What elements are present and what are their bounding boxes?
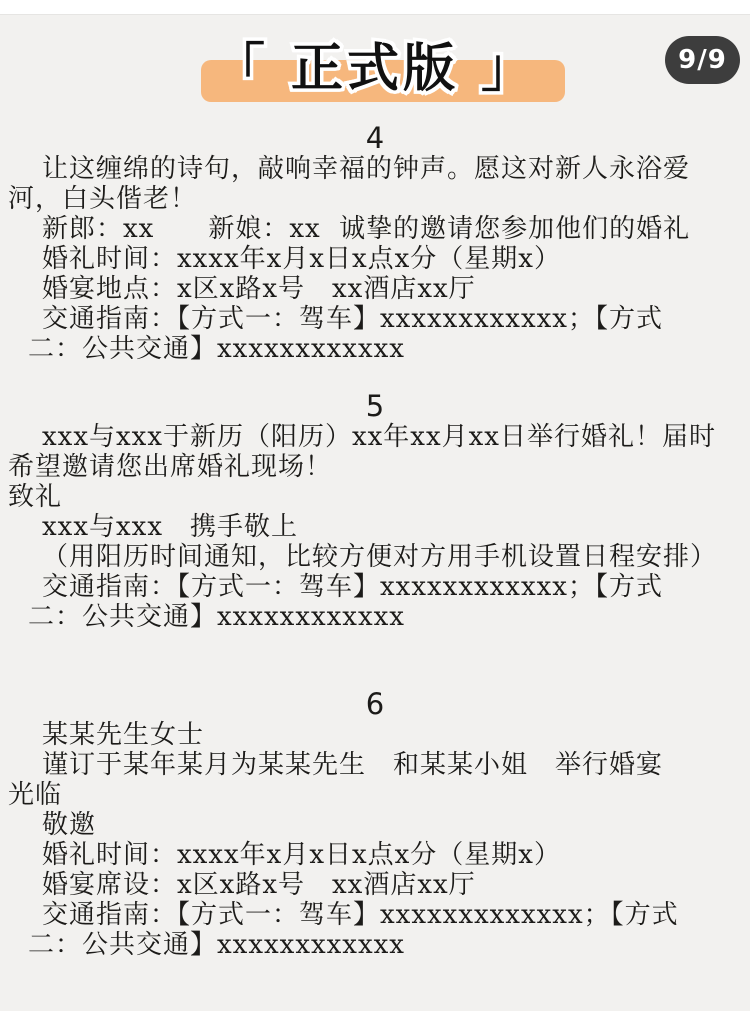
text-line: 二：公共交通】xxxxxxxxxxxx bbox=[0, 334, 750, 364]
page-counter-text: 9/9 bbox=[678, 45, 727, 75]
section-4: 4 让这缠绵的诗句，敲响幸福的钟声。愿这对新人永浴爱 河，白头偕老！ 新郎：xx… bbox=[0, 122, 750, 364]
section-number: 6 bbox=[0, 688, 750, 720]
top-white-strip bbox=[0, 0, 750, 15]
section-number: 4 bbox=[0, 122, 750, 154]
page-title: 「 正式版 」 bbox=[0, 26, 750, 101]
text-line: 河，白头偕老！ bbox=[0, 184, 750, 214]
header: 「 正式版 」 9/9 bbox=[0, 14, 750, 122]
text-line: xxx与xxx 携手敬上 bbox=[0, 512, 750, 542]
text-line: 致礼 bbox=[0, 482, 750, 512]
text-line: 交通指南：【方式一：驾车】xxxxxxxxxxxxx；【方式 bbox=[0, 900, 750, 930]
section-6: 6 某某先生女士 谨订于某年某月为某某先生 和某某小姐 举行婚宴 光临 敬邀 婚… bbox=[0, 688, 750, 960]
text-line: 婚宴席设：x区x路x号 xx酒店xx厅 bbox=[0, 870, 750, 900]
text-line: 谨订于某年某月为某某先生 和某某小姐 举行婚宴 bbox=[0, 750, 750, 780]
text-line: 交通指南：【方式一：驾车】xxxxxxxxxxxx；【方式 bbox=[0, 304, 750, 334]
text-line: 敬邀 bbox=[0, 810, 750, 840]
text-line: xxx与xxx于新历（阳历）xx年xx月xx日举行婚礼！届时 bbox=[0, 422, 750, 452]
section-number: 5 bbox=[0, 390, 750, 422]
text-line: 某某先生女士 bbox=[0, 720, 750, 750]
text-line: 让这缠绵的诗句，敲响幸福的钟声。愿这对新人永浴爱 bbox=[0, 154, 750, 184]
text-line: 二：公共交通】xxxxxxxxxxxx bbox=[0, 602, 750, 632]
text-line: 希望邀请您出席婚礼现场！ bbox=[0, 452, 750, 482]
text-line: 交通指南：【方式一：驾车】xxxxxxxxxxxx；【方式 bbox=[0, 572, 750, 602]
text-line: 婚宴地点：x区x路x号 xx酒店xx厅 bbox=[0, 274, 750, 304]
section-5: 5 xxx与xxx于新历（阳历）xx年xx月xx日举行婚礼！届时 希望邀请您出席… bbox=[0, 390, 750, 632]
note-image-page: 「 正式版 」 9/9 4 让这缠绵的诗句，敲响幸福的钟声。愿这对新人永浴爱 河… bbox=[0, 0, 750, 1011]
text-line: 新郎：xx 新娘：xx 诚挚的邀请您参加他们的婚礼 bbox=[0, 214, 750, 244]
text-line: 二：公共交通】xxxxxxxxxxxx bbox=[0, 930, 750, 960]
content: 4 让这缠绵的诗句，敲响幸福的钟声。愿这对新人永浴爱 河，白头偕老！ 新郎：xx… bbox=[0, 122, 750, 960]
text-line: 婚礼时间：xxxx年x月x日x点x分（星期x） bbox=[0, 840, 750, 870]
text-line: 婚礼时间：xxxx年x月x日x点x分（星期x） bbox=[0, 244, 750, 274]
text-line: （用阳历时间通知，比较方便对方用手机设置日程安排） bbox=[0, 542, 750, 572]
page-counter-badge: 9/9 bbox=[665, 36, 740, 84]
text-line: 光临 bbox=[0, 780, 750, 810]
